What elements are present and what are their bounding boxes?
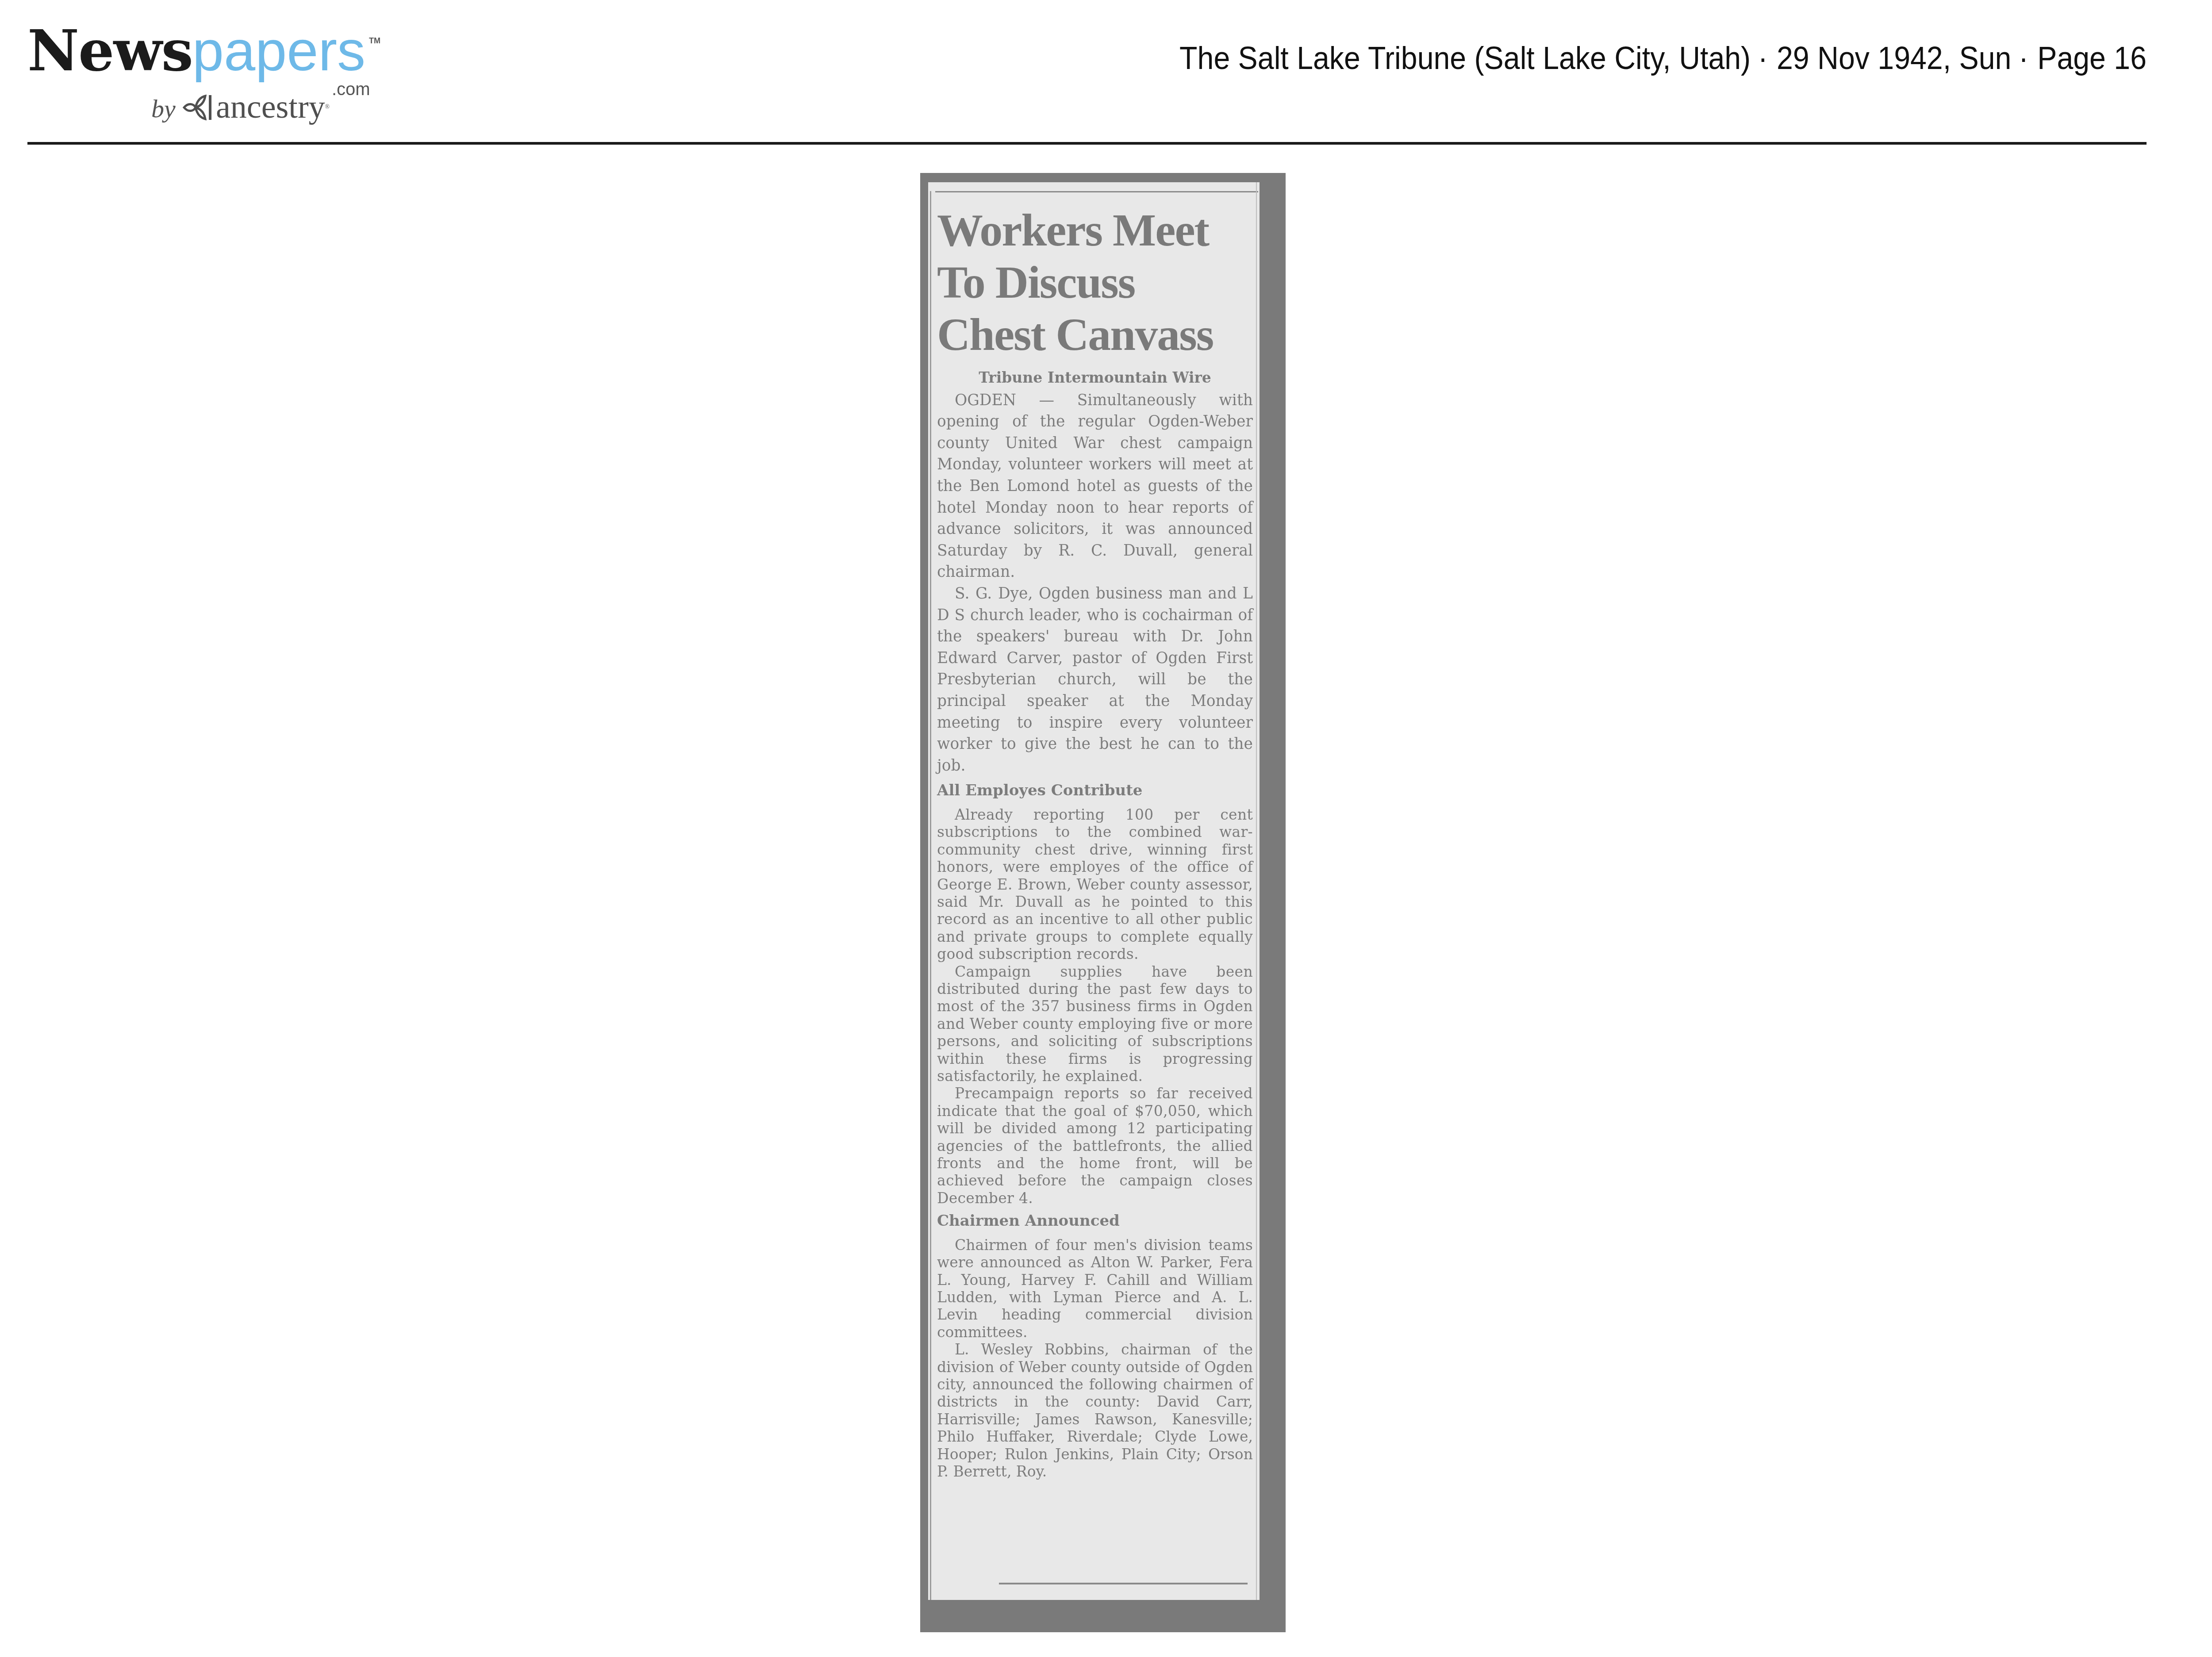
column-right-rule <box>1256 182 1257 1600</box>
article-headline: Workers Meet To Discuss Chest Canvass <box>937 204 1256 361</box>
header-divider <box>27 142 2147 145</box>
logo-wordmark-papers: papers <box>192 19 365 83</box>
separator-dot: · <box>2019 41 2028 76</box>
headline-line: Workers Meet <box>937 204 1256 257</box>
column-left-rule <box>930 191 931 1600</box>
separator-dot: · <box>1758 41 1768 76</box>
logo-wordmark: Newspapers <box>27 18 365 84</box>
paragraph: OGDEN — Simultaneously with opening of t… <box>937 390 1253 583</box>
citation-line: The Salt Lake Tribune (Salt Lake City, U… <box>1179 36 2147 81</box>
subheading: Chairmen Announced <box>937 1210 1253 1232</box>
column-top-rule <box>935 191 1258 192</box>
paragraph: Precampaign reports so far received indi… <box>937 1085 1253 1207</box>
paragraph: L. Wesley Robbins, chairman of the divis… <box>937 1341 1253 1480</box>
article-body: Tribune Intermountain Wire OGDEN — Simul… <box>937 367 1253 1481</box>
publication-name: The Salt Lake Tribune (Salt Lake City, U… <box>1179 41 1751 76</box>
newspapers-logo[interactable]: Newspapers TM .com by ancestry® <box>27 18 381 119</box>
registered-symbol: ® <box>325 104 330 111</box>
wire-credit: Tribune Intermountain Wire <box>937 367 1253 389</box>
ancestry-brand: ancestry® <box>182 88 330 126</box>
publication-date: 29 Nov 1942, Sun <box>1777 41 2011 76</box>
page-number: Page 16 <box>2037 41 2147 76</box>
logo-domain-suffix: .com <box>332 80 370 100</box>
newspaper-clipping: Workers Meet To Discuss Chest Canvass Tr… <box>928 182 1260 1600</box>
trademark-symbol: TM <box>369 36 380 46</box>
paragraph: Already reporting 100 per cent subscript… <box>937 806 1253 963</box>
paragraph: Chairmen of four men's division teams we… <box>937 1236 1253 1341</box>
subheading: All Employes Contribute <box>937 780 1253 802</box>
headline-line: To Discuss <box>937 257 1256 309</box>
headline-line: Chest Canvass <box>937 309 1256 361</box>
paragraph: S. G. Dye, Ogden business man and L D S … <box>937 583 1253 776</box>
ancestry-leaf-icon <box>182 94 214 121</box>
logo-by-label: by <box>151 94 176 123</box>
paragraph: Campaign supplies have been distributed … <box>937 963 1253 1085</box>
article-end-rule <box>999 1583 1248 1584</box>
ancestry-wordmark: ancestry <box>216 88 325 126</box>
